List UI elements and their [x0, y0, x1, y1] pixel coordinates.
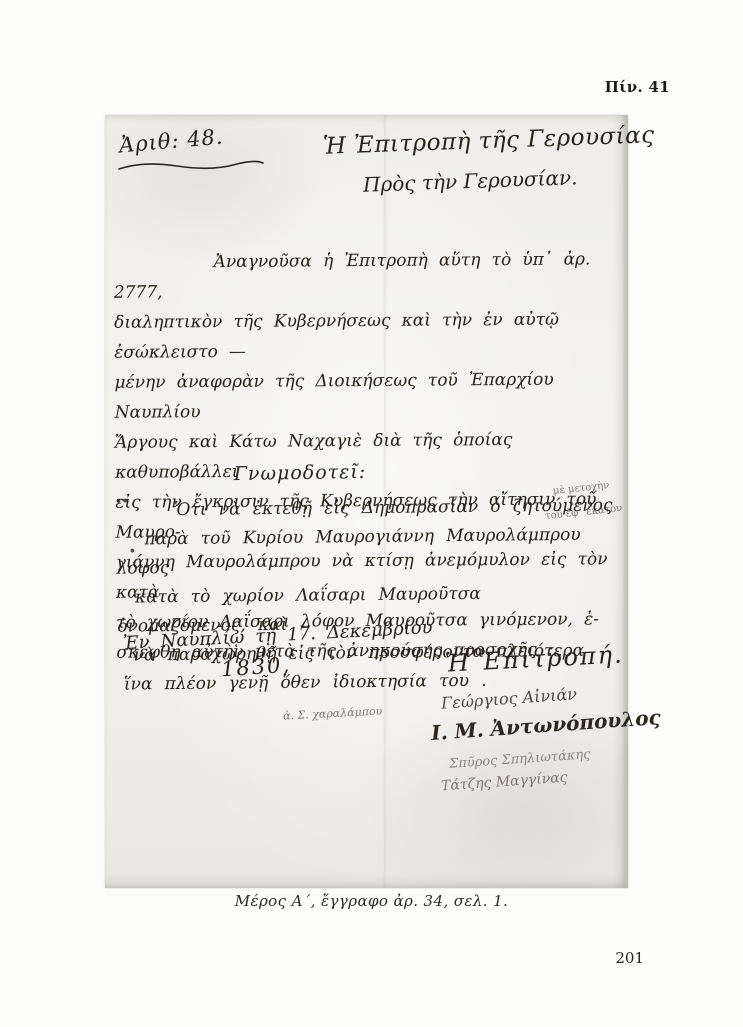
plate-label: Πίν. 41 — [605, 78, 670, 96]
manuscript-line: Ἀναγνοῦσα ἡ Ἐπιτροπὴ αὕτη τὸ ὑπ᾽ ἀρ. 277… — [114, 244, 619, 308]
figure-caption: Μέρος Α΄, ἔγγραφο ἀρ. 34, σελ. 1. — [0, 892, 743, 910]
registry-note: ἀ. Σ. χαραλάμπου — [283, 704, 383, 722]
signature: Σπῦρος Σπηλιωτάκης — [449, 747, 591, 772]
book-page: Πίν. 41 Ἀριθ: 48. Ἡ Ἐπιτροπὴ τῆς Γερουσί… — [0, 0, 743, 1027]
signature: Τάτζης Μαγγίνας — [441, 770, 568, 795]
document-ref-number: Ἀριθ: 48. — [118, 124, 224, 157]
document-title-line1: Ἡ Ἐπιτροπὴ τῆς Γερουσίας — [323, 122, 655, 160]
manuscript-line: διαληπτικὸν τῆς Κυβερνήσεως καὶ τὴν ἐν α… — [114, 304, 619, 368]
manuscript-line: παρὰ τοῦ Κυρίου Μαυρογιάννη Μαυρολάμπρου… — [116, 520, 620, 583]
year: 1830, — [220, 653, 292, 682]
photo-edge-shadow — [622, 115, 628, 888]
decision-heading: Γνωμοδοτεῖ: — [175, 460, 425, 486]
page-number: 201 — [615, 949, 644, 967]
ref-underline-flourish — [115, 159, 265, 173]
document-title-line2: Πρὸς τὴν Γερουσίαν. — [363, 165, 578, 196]
manuscript-photo: Ἀριθ: 48. Ἡ Ἐπιτροπὴ τῆς Γερουσίας Πρὸς … — [105, 115, 628, 888]
manuscript-line: μένην ἀναφορὰν τῆς Διοικήσεως τοῦ Ἐπαρχί… — [114, 364, 619, 428]
